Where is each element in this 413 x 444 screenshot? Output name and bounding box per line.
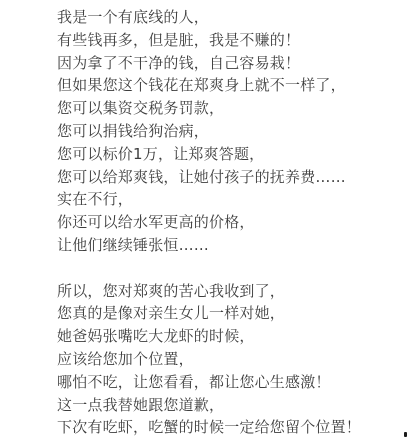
text-line: 您可以捐钱给狗治病， <box>57 120 407 143</box>
text-line: 实在不行， <box>57 188 407 211</box>
text-line: 您真的是像对亲生女儿一样对她， <box>57 302 407 325</box>
paragraph-1: 我是一个有底线的人， 有些钱再多，但是脏，我是不赚的！ 因为拿了不干净的钱，自己… <box>57 6 407 257</box>
text-line: 您可以集资交税务罚款， <box>57 97 407 120</box>
text-line: 应该给您加个位置， <box>57 348 407 371</box>
text-line: 因为拿了不干净的钱，自己容易栽！ <box>57 52 407 75</box>
text-post: 我是一个有底线的人， 有些钱再多，但是脏，我是不赚的！ 因为拿了不干净的钱，自己… <box>57 6 407 439</box>
text-line: 我是一个有底线的人， <box>57 6 407 29</box>
text-line: 您可以给郑爽钱，让她付孩子的抚养费…… <box>57 166 407 189</box>
artifact-dot <box>404 432 407 437</box>
text-line: 您可以标价1万，让郑爽答题， <box>57 143 407 166</box>
text-line: 她爸妈张嘴吃大龙虾的时候， <box>57 325 407 348</box>
text-line: 你还可以给水军更高的价格， <box>57 211 407 234</box>
text-line: 哪怕不吃，让您看看，都让您心生感激！ <box>57 371 407 394</box>
text-line: 这一点我替她跟您道歉， <box>57 394 407 417</box>
text-line: 所以，您对郑爽的苦心我收到了， <box>57 280 407 303</box>
paragraph-2: 所以，您对郑爽的苦心我收到了， 您真的是像对亲生女儿一样对她， 她爸妈张嘴吃大龙… <box>57 280 407 440</box>
text-line: 让他们继续锤张恒…… <box>57 234 407 257</box>
text-line: 但如果您这个钱花在郑爽身上就不一样了， <box>57 74 407 97</box>
text-line: 下次有吃虾，吃蟹的时候一定给您留个位置！ <box>57 416 407 439</box>
text-line: 有些钱再多，但是脏，我是不赚的！ <box>57 29 407 52</box>
